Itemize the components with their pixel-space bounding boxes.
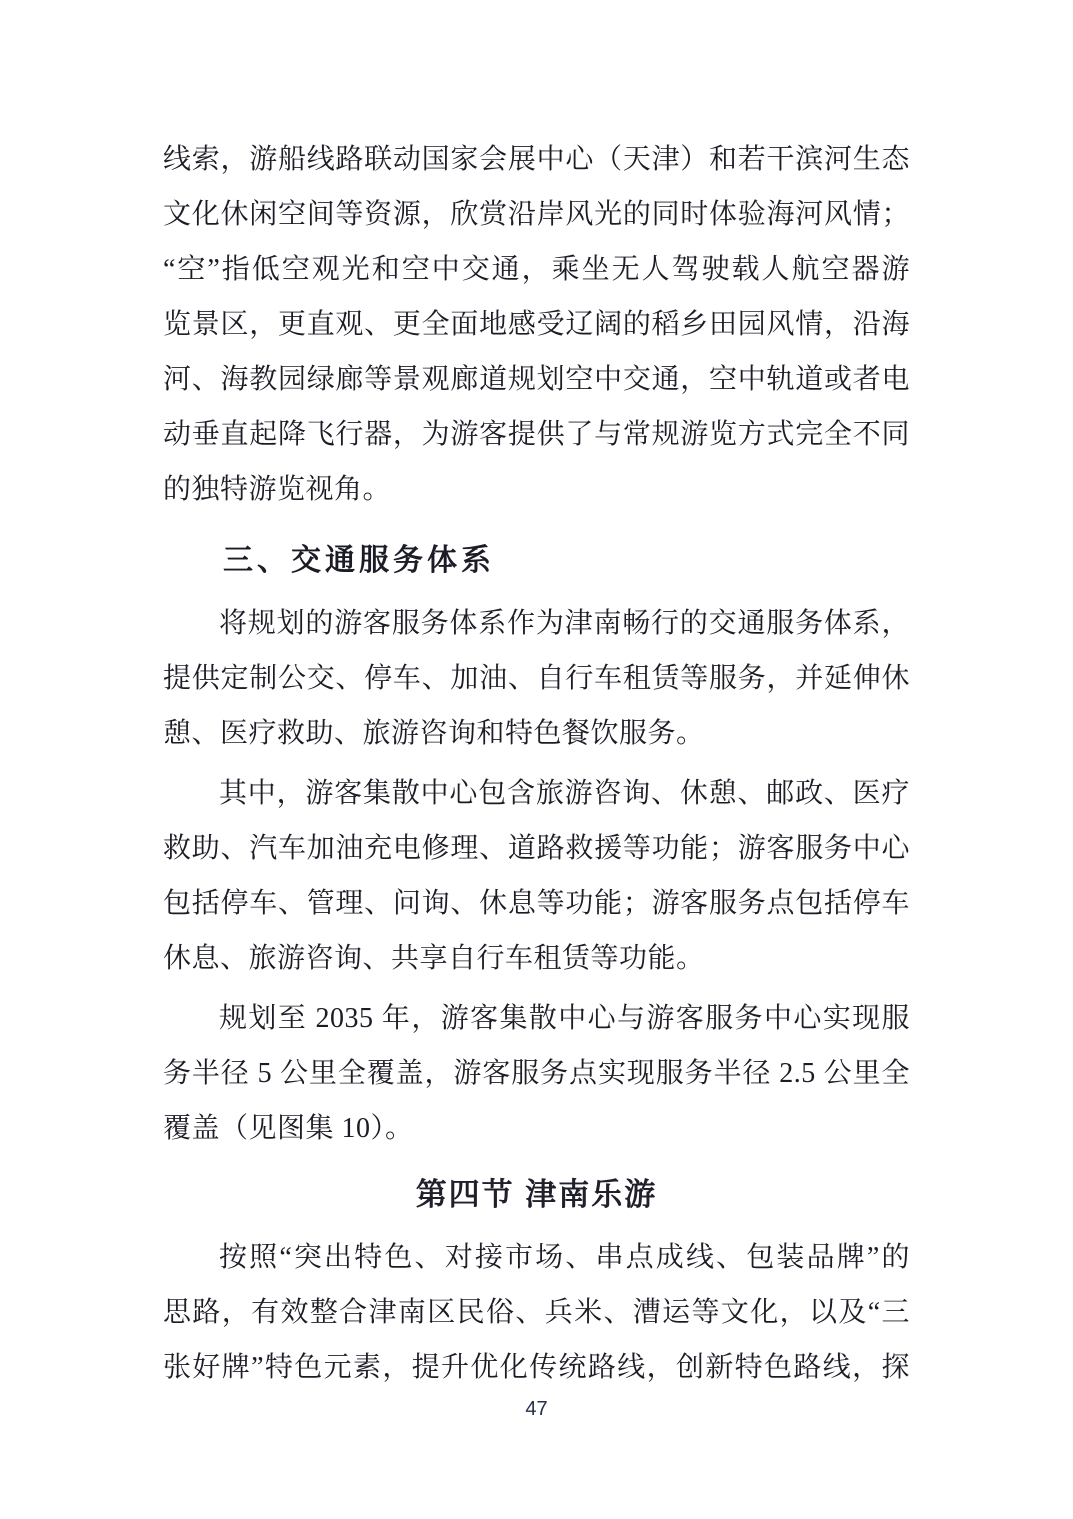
body-line: 文化休闲空间等资源，欣赏沿岸风光的同时体验海河风情； — [163, 187, 910, 242]
body-line: 务半径 5 公里全覆盖，游客服务点实现服务半径 2.5 公里全 — [163, 1046, 910, 1101]
body-line: 的独特游览视角。 — [163, 462, 910, 517]
paragraph: 其中，游客集散中心包含旅游咨询、休憩、邮政、医疗 救助、汽车加油充电修理、道路救… — [163, 766, 910, 986]
body-line: 规划至 2035 年，游客集散中心与游客服务中心实现服 — [163, 991, 910, 1046]
paragraph: 规划至 2035 年，游客集散中心与游客服务中心实现服 务半径 5 公里全覆盖，… — [163, 991, 910, 1156]
body-line: 张好牌”特色元素，提升优化传统路线，创新特色路线，探 — [163, 1340, 910, 1395]
paragraph: 线索，游船线路联动国家会展中心（天津）和若干滨河生态 文化休闲空间等资源，欣赏沿… — [163, 132, 910, 517]
body-line: 河、海教园绿廊等景观廊道规划空中交通，空中轨道或者电 — [163, 352, 910, 407]
body-line: 动垂直起降飞行器，为游客提供了与常规游览方式完全不同 — [163, 407, 910, 462]
body-line: “空”指低空观光和空中交通，乘坐无人驾驶载人航空器游 — [163, 242, 910, 297]
body-line: 按照“突出特色、对接市场、串点成线、包装品牌”的 — [163, 1230, 910, 1285]
body-line: 线索，游船线路联动国家会展中心（天津）和若干滨河生态 — [163, 132, 910, 187]
body-line: 救助、汽车加油充电修理、道路救援等功能；游客服务中心 — [163, 821, 910, 876]
body-line: 览景区，更直观、更全面地感受辽阔的稻乡田园风情，沿海 — [163, 297, 910, 352]
body-line: 思路，有效整合津南区民俗、兵米、漕运等文化，以及“三 — [163, 1285, 910, 1340]
document-page: 线索，游船线路联动国家会展中心（天津）和若干滨河生态 文化休闲空间等资源，欣赏沿… — [0, 0, 1073, 1519]
body-line: 将规划的游客服务体系作为津南畅行的交通服务体系， — [163, 596, 910, 651]
body-line: 提供定制公交、停车、加油、自行车租赁等服务，并延伸休 — [163, 651, 910, 706]
body-line: 憩、医疗救助、旅游咨询和特色餐饮服务。 — [163, 706, 910, 761]
body-line: 包括停车、管理、问询、休息等功能；游客服务点包括停车 — [163, 876, 910, 931]
subsection-heading: 三、交通服务体系 — [163, 533, 910, 588]
page-content: 线索，游船线路联动国家会展中心（天津）和若干滨河生态 文化休闲空间等资源，欣赏沿… — [163, 132, 910, 1395]
body-line: 其中，游客集散中心包含旅游咨询、休憩、邮政、医疗 — [163, 766, 910, 821]
paragraph: 按照“突出特色、对接市场、串点成线、包装品牌”的 思路，有效整合津南区民俗、兵米… — [163, 1230, 910, 1395]
body-line: 休息、旅游咨询、共享自行车租赁等功能。 — [163, 931, 910, 986]
body-line: 覆盖（见图集 10）。 — [163, 1101, 910, 1156]
section-heading: 第四节 津南乐游 — [163, 1170, 910, 1220]
page-number: 47 — [0, 1398, 1073, 1421]
paragraph: 将规划的游客服务体系作为津南畅行的交通服务体系， 提供定制公交、停车、加油、自行… — [163, 596, 910, 761]
